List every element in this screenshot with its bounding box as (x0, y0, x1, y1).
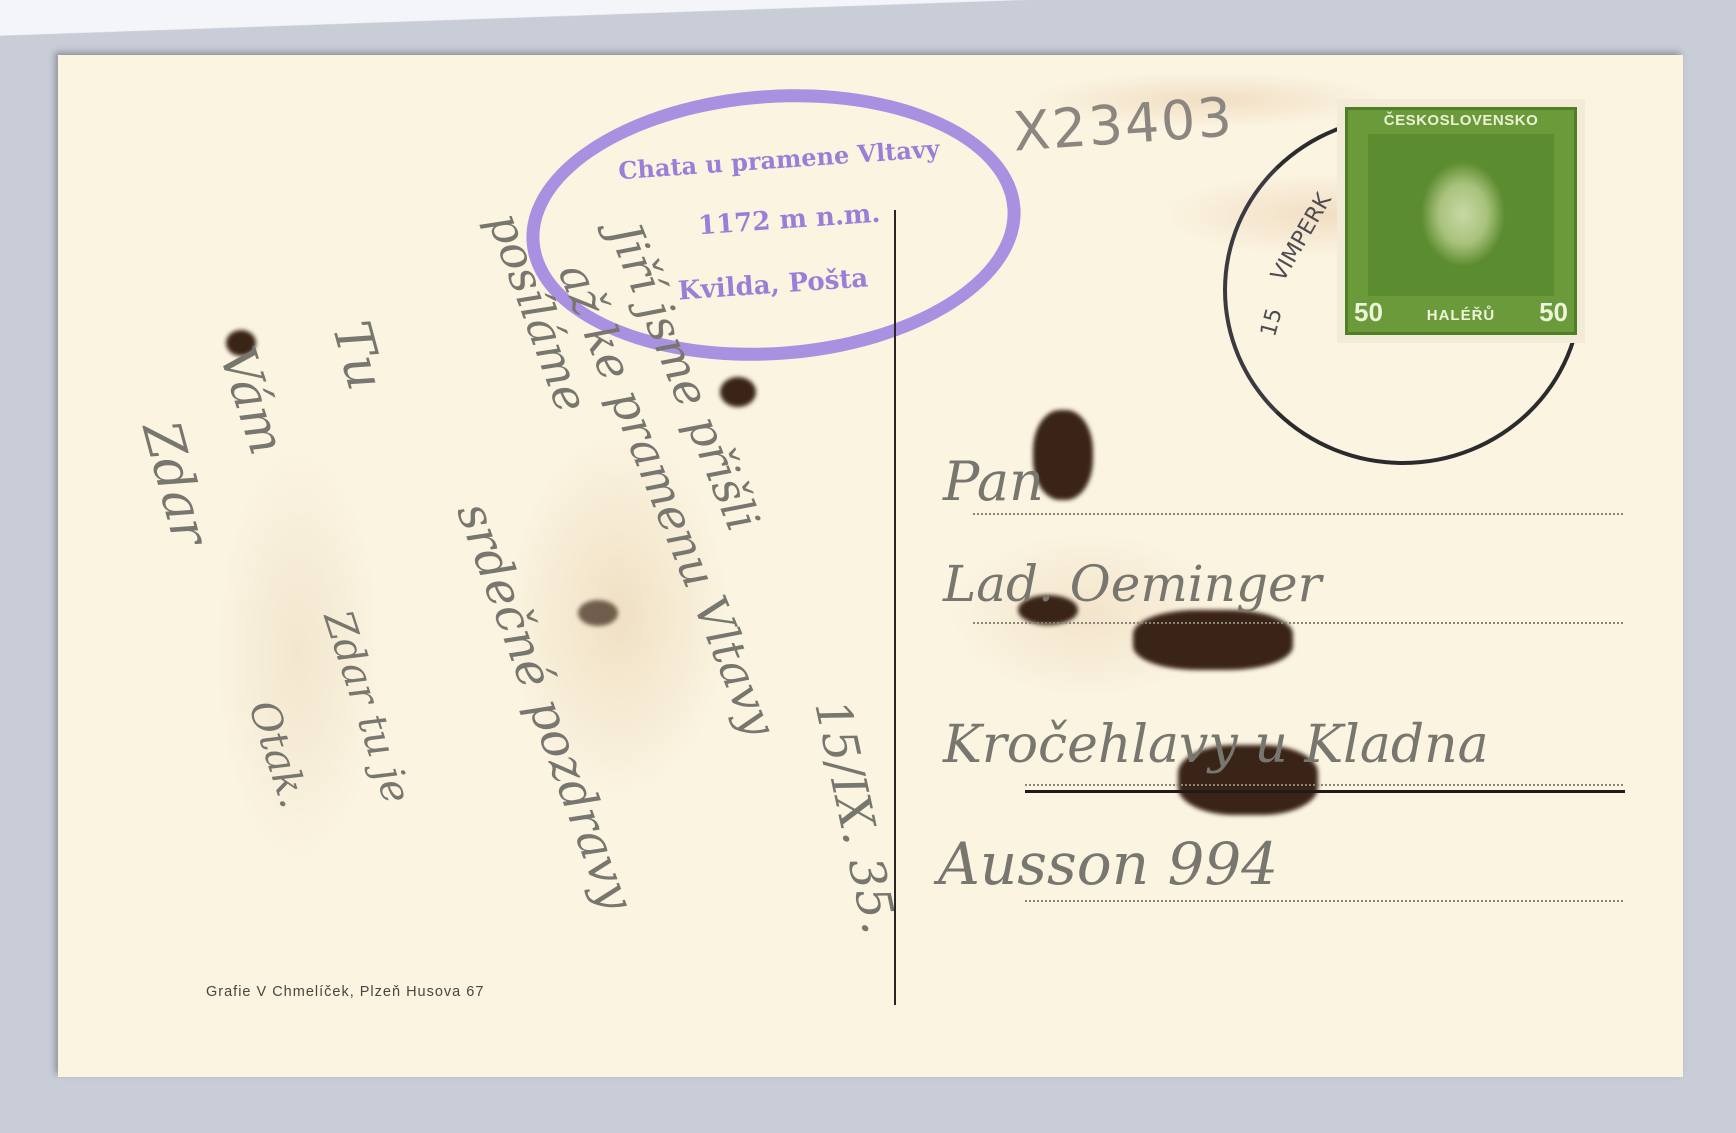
message-line: srdečné pozdravy (445, 495, 645, 918)
address-line-rule (1025, 784, 1623, 786)
ink-stain (1133, 610, 1293, 670)
stamp-portrait (1368, 134, 1554, 296)
message-date: 15/IX. 35. (803, 695, 907, 939)
message-line: Tu (320, 315, 396, 396)
address-line-rule (1025, 900, 1623, 902)
pencil-inventory-number: X23403 (1011, 85, 1236, 163)
message-line: Zdar tu je (314, 605, 419, 809)
message-line: Zdar (130, 415, 220, 552)
center-divider-line (894, 210, 896, 1005)
address-line-rule (973, 513, 1623, 515)
address-line-2: Lad. Oeminger (943, 555, 1322, 613)
address-line-4: Ausson 994 (938, 830, 1278, 898)
scan-top-edge (0, 0, 1736, 40)
stamp-value-right: 50 (1539, 297, 1568, 328)
address-line-rule (973, 622, 1623, 624)
message-line: Otak. (239, 695, 317, 814)
postage-stamp: ČESKOSLOVENSKO 50 HALÉŘŮ 50 (1345, 107, 1577, 335)
message-line: Vám (208, 340, 297, 461)
address-underline (1025, 790, 1625, 793)
address-line-1: Pan (943, 450, 1044, 513)
address-line-3: Kročehlavy u Kladna (943, 715, 1489, 775)
ink-stain (578, 600, 618, 626)
stamp-country: ČESKOSLOVENSKO (1348, 112, 1574, 129)
ink-stain (720, 377, 756, 407)
postcard: X23403 Chata u pramene Vltavy 1172 m n.m… (58, 55, 1683, 1077)
printer-imprint: Grafie V Chmelíček, Plzeň Husova 67 (206, 984, 484, 1000)
